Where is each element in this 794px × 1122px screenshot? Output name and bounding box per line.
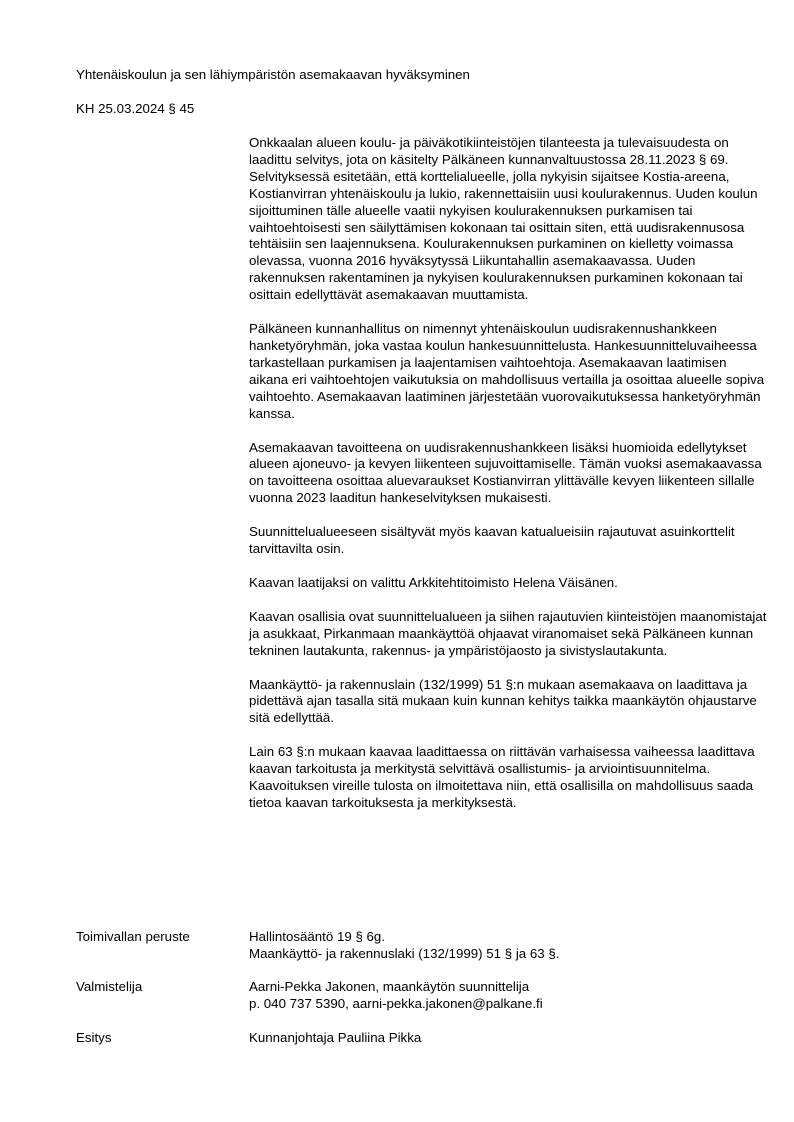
paragraph-planning-area: Suunnittelualueeseen sisältyvät myös kaa…	[249, 524, 769, 558]
field-label: Valmistelija	[76, 978, 142, 995]
paragraph-working-group: Pälkäneen kunnanhallitus on nimennyt yht…	[249, 321, 769, 422]
paragraph-stakeholders: Kaavan osallisia ovat suunnittelualueen …	[249, 609, 769, 660]
paragraph-law-63: Lain 63 §:n mukaan kaavaa laadittaessa o…	[249, 744, 769, 812]
field-value-line: Kunnanjohtaja Pauliina Pikka	[249, 1029, 421, 1046]
paragraph-law-51: Maankäyttö- ja rakennuslain (132/1999) 5…	[249, 677, 769, 728]
field-label: Toimivallan peruste	[76, 928, 190, 945]
document-body: Onkkaalan alueen koulu- ja päiväkotikiin…	[249, 135, 769, 829]
paragraph-goals: Asemakaavan tavoitteena on uudisrakennus…	[249, 440, 769, 508]
field-value-line: Hallintosääntö 19 § 6g.	[249, 928, 385, 945]
paragraph-planner: Kaavan laatijaksi on valittu Arkkitehtit…	[249, 575, 769, 592]
field-value-line: Aarni-Pekka Jakonen, maankäytön suunnitt…	[249, 978, 529, 995]
meeting-reference: KH 25.03.2024 § 45	[76, 100, 194, 117]
document-title: Yhtenäiskoulun ja sen lähiympäristön ase…	[76, 66, 470, 83]
field-label: Esitys	[76, 1029, 111, 1046]
preparer-contact: p. 040 737 5390, aarni-pekka.jakonen@pal…	[249, 995, 543, 1012]
paragraph-background: Onkkaalan alueen koulu- ja päiväkotikiin…	[249, 135, 769, 304]
field-value-line: Maankäyttö- ja rakennuslaki (132/1999) 5…	[249, 945, 559, 962]
